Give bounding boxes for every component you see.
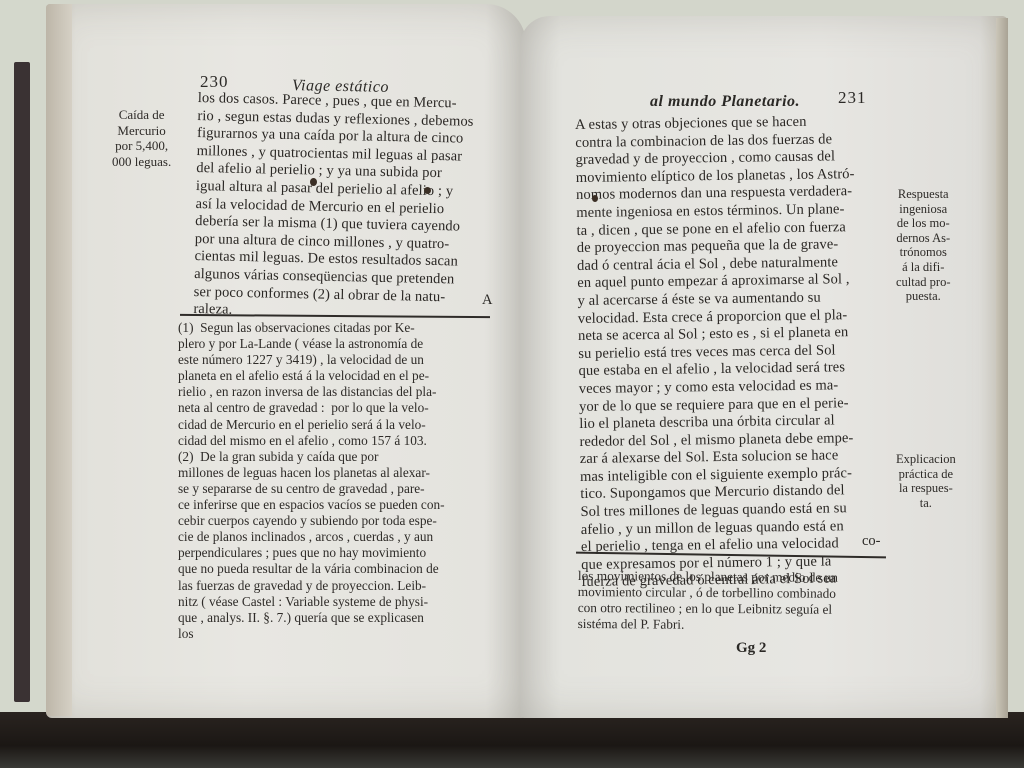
book-cover-edge xyxy=(14,62,30,702)
footnote-line: neta al centro de gravedad : por lo que … xyxy=(178,400,445,416)
footnote-line: se y separarse de su centro de gravedad … xyxy=(178,481,445,497)
worm-hole xyxy=(592,195,598,202)
footnote-line: sistéma del P. Fabri. xyxy=(578,616,838,634)
footnote-line: este número 1227 y 3419) , la velocidad … xyxy=(178,352,445,368)
footnote-line: rielio , en razon inversa de las distanc… xyxy=(178,384,445,400)
footnote-line: que no pueda resultar de la vária combin… xyxy=(178,561,445,577)
footnote-line: ce inferirse que en espacios vacíos se p… xyxy=(178,497,445,513)
footnote-line: nitz ( véase Castel : Variable systeme d… xyxy=(178,594,445,610)
footnote-line: que , analys. II. §. 7.) quería que se e… xyxy=(178,610,445,626)
left-body-text: los dos casos. Parece , pues , que en Me… xyxy=(193,90,474,324)
footnote-line: (1) Segun las observaciones citadas por … xyxy=(178,320,445,336)
left-page-number: 230 xyxy=(200,72,229,92)
right-footnote-continuation: los movimientos de los planetas por medi… xyxy=(578,568,838,634)
signature-mark: Gg 2 xyxy=(736,640,766,657)
worm-hole xyxy=(424,187,431,194)
footnote-line: los xyxy=(178,626,445,642)
right-running-head: al mundo Planetario. xyxy=(650,93,800,111)
footnote-line: millones de leguas hacen los planetas al… xyxy=(178,465,445,481)
left-catchword: A xyxy=(482,292,492,309)
right-body-text: A estas y otras objeciones que se hacenc… xyxy=(575,113,860,592)
footnote-line: plero y por La-Lande ( véase la astronom… xyxy=(178,336,445,352)
footnote-line: los movimientos de los planetas por medi… xyxy=(578,568,838,586)
footnote-line: perpendiculares ; pues que no hay movimi… xyxy=(178,545,445,561)
footnote-line: con otro rectilineo ; en lo que Leibnitz… xyxy=(578,600,838,618)
right-margin-note-2: Explicacion práctica de la respues- ta. xyxy=(896,452,956,510)
footnote-line: cidad del mismo en el afelio , como 157 … xyxy=(178,433,445,449)
worm-hole xyxy=(310,178,317,186)
footnote-line: planeta en el afelio está á la velocidad… xyxy=(178,368,445,384)
left-footnotes: (1) Segun las observaciones citadas por … xyxy=(178,320,445,642)
right-page-fore-edge xyxy=(996,18,1008,718)
right-page-number: 231 xyxy=(838,88,867,108)
right-catchword: co- xyxy=(862,533,881,550)
footnote-line: las fuerzas de gravedad y de proyeccion.… xyxy=(178,578,445,594)
book-shadow xyxy=(0,712,1024,768)
left-page-fore-edge xyxy=(46,4,72,716)
left-margin-note: Caída de Mercurio por 5,400, 000 leguas. xyxy=(112,107,171,169)
footnote-line: cebir cuerpos cayendo y subiendo por tod… xyxy=(178,513,445,529)
footnote-line: (2) De la gran subida y caída que por xyxy=(178,449,445,465)
footnote-line: movimiento circular , ó de torbellino co… xyxy=(578,584,838,602)
footnote-line: cie de planos inclinados , arcos , cuerd… xyxy=(178,529,445,545)
footnote-line: cidad de Mercurio en el perielio será á … xyxy=(178,417,445,433)
right-margin-note-1: Respuesta ingeniosa de los mo- dernos As… xyxy=(896,187,951,304)
